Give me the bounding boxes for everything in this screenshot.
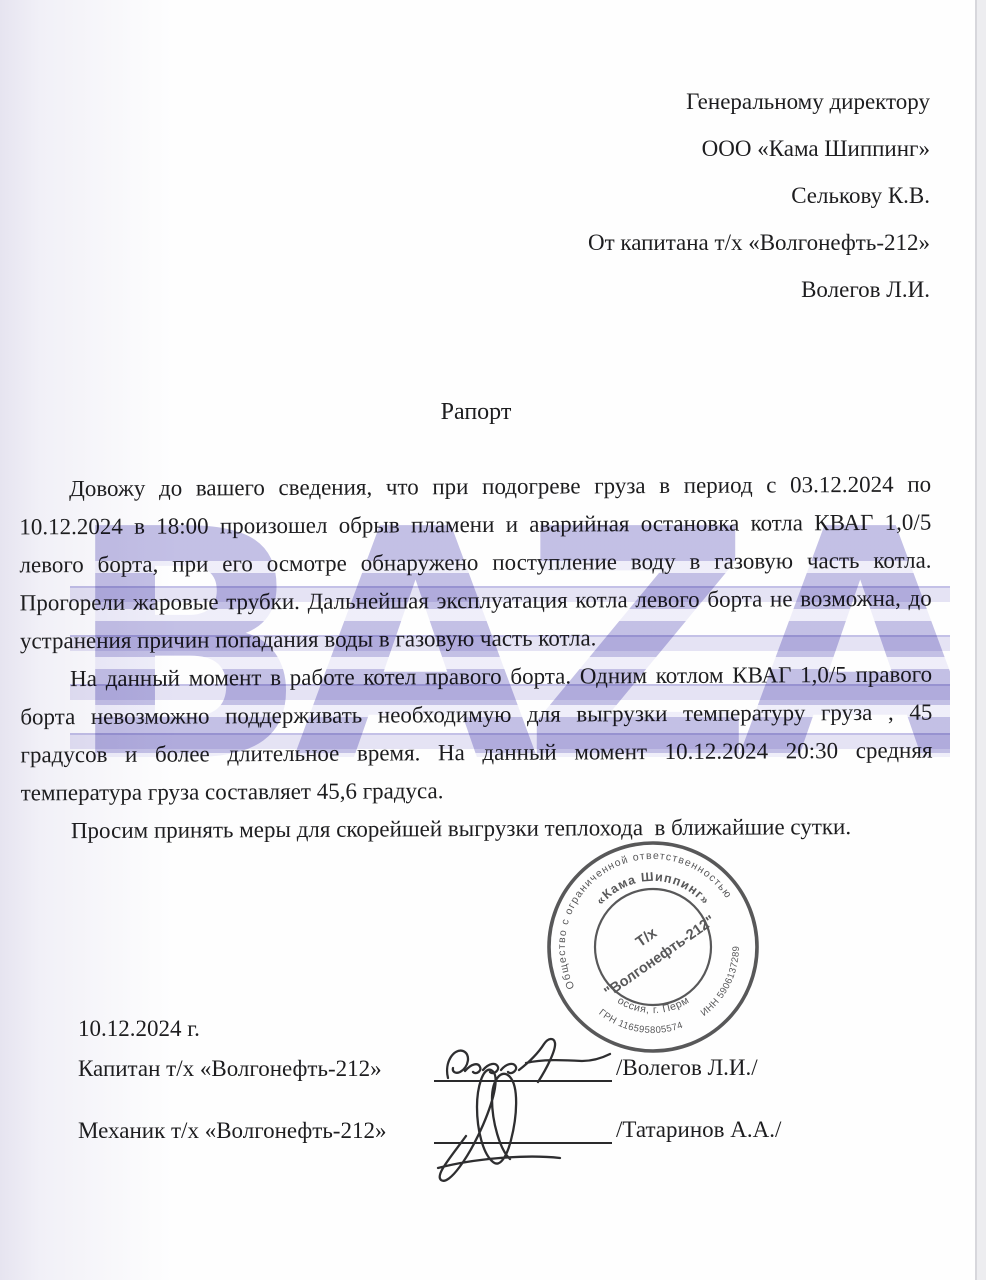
captain-signature-row: Капитан т/х «Волгонефть-212» /Волегов Л.… [78, 1050, 758, 1082]
mechanic-signature-line [434, 1112, 612, 1144]
captain-name: /Волегов Л.И./ [612, 1055, 758, 1082]
sender-line: Волегов Л.И. [588, 266, 930, 313]
report-paragraph: Довожу до вашего сведения, что при подог… [19, 466, 932, 661]
mechanic-name: /Татаринов А.А./ [612, 1117, 781, 1144]
scan-margin-right [977, 0, 986, 1280]
mechanic-signature-row: Механик т/х «Волгонефть-212» /Татаринов … [78, 1112, 781, 1144]
report-title: Рапорт [20, 397, 932, 427]
svg-text:Т/х: Т/х [633, 924, 661, 951]
captain-signature-line [434, 1050, 612, 1082]
svg-text:"Волгонефть-212": "Волгонефть-212" [602, 913, 718, 1001]
company-stamp: Общество с ограниченной ответственностью… [542, 836, 764, 1058]
sender-line: От капитана т/х «Волгонефть-212» [588, 219, 930, 266]
report-paragraph: На данный момент в работе котел правого … [20, 656, 933, 813]
report-date: 10.12.2024 г. [78, 1016, 200, 1042]
recipient-line: ООО «Кама Шиппинг» [588, 125, 930, 172]
report-body: Довожу до вашего сведения, что при подог… [19, 466, 933, 851]
report-paragraph: Просим принять меры для скорейшей выгруз… [21, 808, 933, 851]
recipient-block: Генеральному директору ООО «Кама Шиппинг… [588, 78, 930, 313]
scanned-report-page: Генеральному директору ООО «Кама Шиппинг… [0, 0, 986, 1280]
captain-role-label: Капитан т/х «Волгонефть-212» [78, 1056, 434, 1082]
stamp-center-text: Т/х "Волгонефть-212" [588, 893, 718, 1001]
recipient-line: Генеральному директору [588, 78, 930, 125]
mechanic-role-label: Механик т/х «Волгонефть-212» [78, 1118, 434, 1144]
recipient-line: Селькову К.В. [588, 172, 930, 219]
